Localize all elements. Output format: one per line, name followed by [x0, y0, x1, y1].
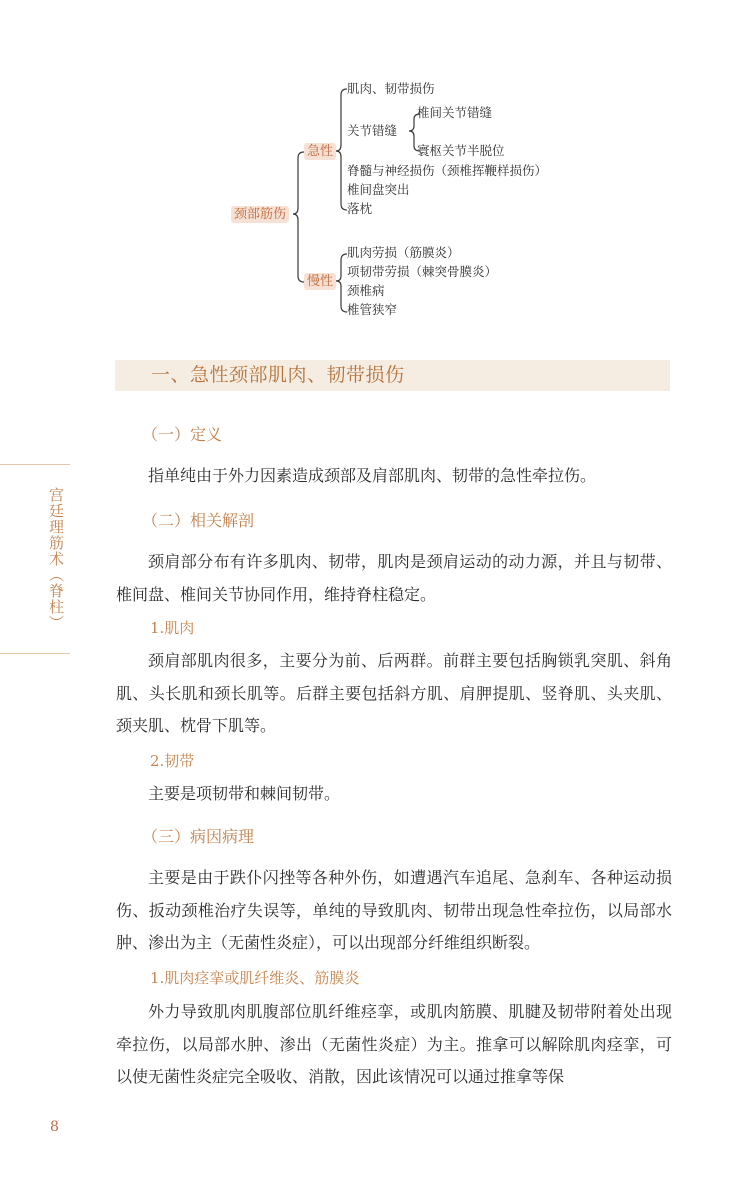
diagram-node: 椎管狭窄 — [347, 302, 397, 318]
subheading-spasm: 1.肌肉痉挛或肌纤维炎、筋膜炎 — [150, 968, 359, 988]
sidebar-divider-bottom — [0, 653, 70, 654]
page-number: 8 — [50, 1119, 59, 1135]
diagram-node: 关节错缝 — [347, 123, 397, 139]
diagram-node: 肌肉、韧带损伤 — [347, 81, 435, 97]
diagram-node: 脊髓与神经损伤（颈椎挥鞭样损伤） — [347, 163, 547, 179]
paragraph-spasm: 外力导致肌肉肌腹部位肌纤维痉挛，或肌肉筋膜、肌腱及韧带附着处出现牵拉伤，以局部水… — [116, 996, 672, 1094]
diagram-root-tag: 颈部筋伤 — [231, 206, 289, 223]
diagram-node: 颈椎病 — [347, 283, 385, 299]
paragraph-definition: 指单纯由于外力因素造成颈部及肩部肌肉、韧带的急性牵拉伤。 — [116, 460, 672, 493]
paragraph-ligament: 主要是项韧带和棘间韧带。 — [116, 778, 672, 811]
diagram-node: 椎间盘突出 — [347, 182, 410, 198]
classification-diagram: 颈部筋伤 急性 慢性 肌肉、韧带损伤 关节错缝 椎间关节错缝 寰枢关节半脱位 脊… — [0, 0, 750, 340]
section-heading-band: 一、急性颈部肌肉、韧带损伤 — [115, 360, 670, 391]
subheading-definition: （一）定义 — [142, 424, 222, 446]
diagram-subnode: 寰枢关节半脱位 — [417, 143, 505, 159]
running-title: 宫廷理筋术（脊柱） — [47, 487, 65, 631]
subheading-ligament: 2.韧带 — [150, 751, 194, 771]
paragraph-muscle: 颈肩部肌肉很多，主要分为前、后两群。前群主要包括胸锁乳突肌、斜角肌、头长肌和颈长… — [116, 645, 672, 743]
diagram-chronic-tag: 慢性 — [304, 273, 336, 290]
diagram-node: 肌肉劳损（筋膜炎） — [347, 245, 460, 261]
subheading-muscle: 1.肌肉 — [150, 618, 194, 638]
diagram-node: 项韧带劳损（棘突骨膜炎） — [347, 264, 497, 280]
subheading-pathology: （三）病因病理 — [142, 826, 254, 848]
diagram-node: 落枕 — [347, 201, 372, 217]
paragraph-anatomy: 颈肩部分布有许多肌肉、韧带，肌肉是颈肩运动的动力源，并且与韧带、椎间盘、椎间关节… — [116, 546, 672, 611]
subheading-anatomy: （二）相关解剖 — [142, 510, 254, 532]
section-title: 一、急性颈部肌肉、韧带损伤 — [151, 363, 405, 388]
paragraph-pathology: 主要是由于跌仆闪挫等各种外伤，如遭遇汽车追尾、急刹车、各种运动损伤、扳动颈椎治疗… — [116, 862, 672, 960]
diagram-acute-tag: 急性 — [304, 143, 336, 160]
diagram-subnode: 椎间关节错缝 — [417, 105, 492, 121]
sidebar-divider-top — [0, 464, 70, 465]
